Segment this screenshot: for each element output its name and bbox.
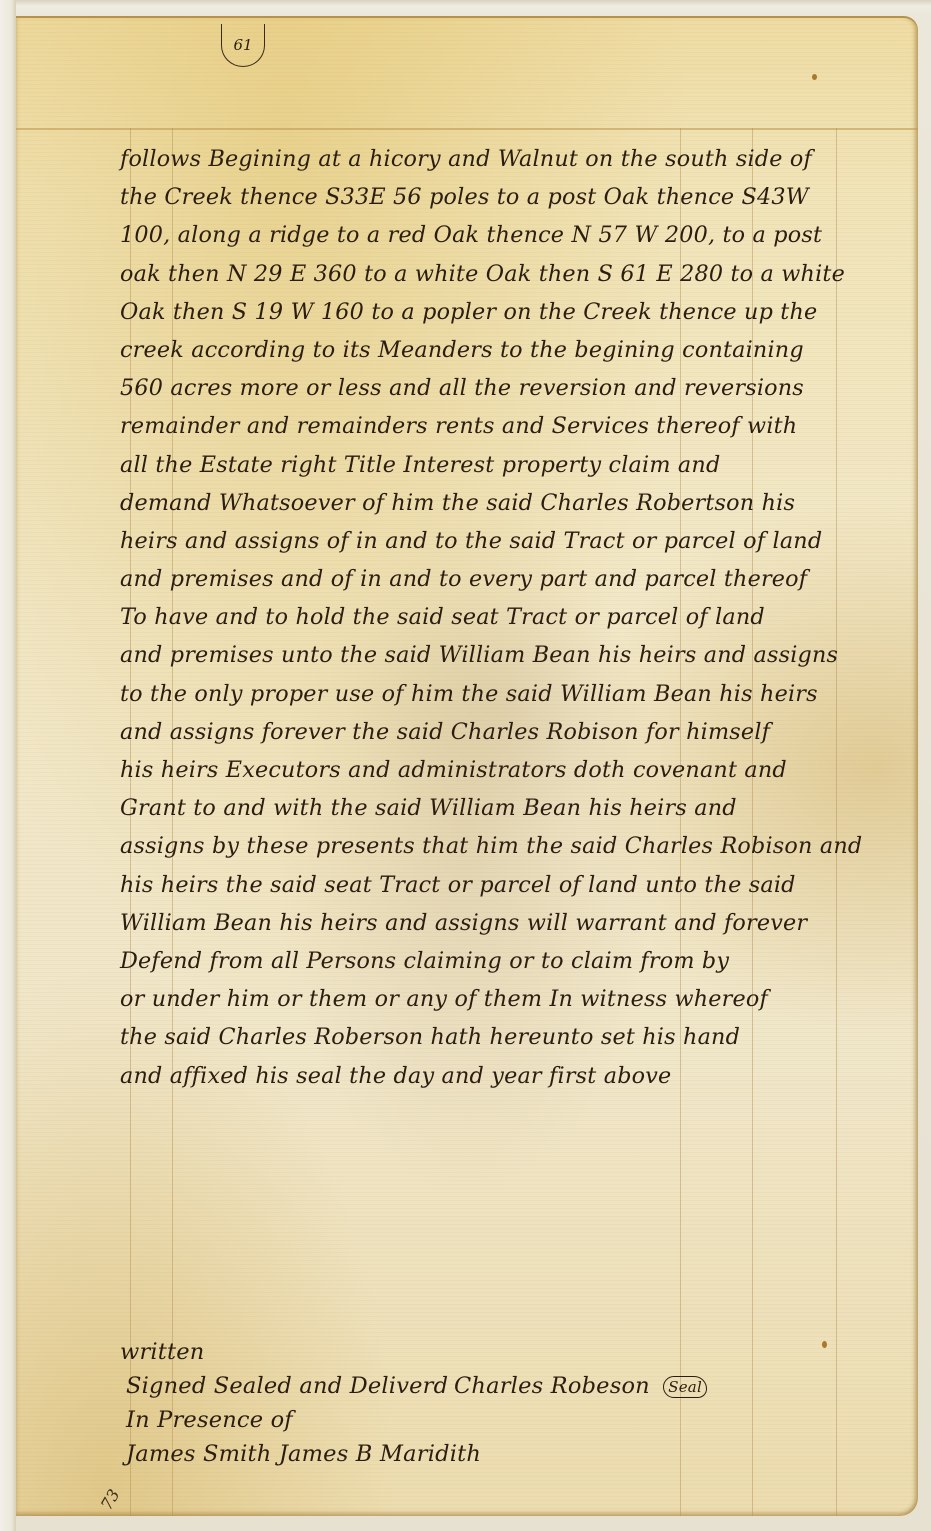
header-rule bbox=[16, 128, 918, 130]
deed-line: To have and to hold the said seat Tract … bbox=[120, 598, 902, 636]
deed-line: 100, along a ridge to a red Oak thence N… bbox=[120, 216, 902, 254]
page-number: 61 bbox=[221, 24, 265, 67]
deed-line: and premises and of in and to every part… bbox=[120, 560, 902, 598]
deed-line: Defend from all Persons claiming or to c… bbox=[120, 942, 902, 980]
grantor-name: Charles Robeson bbox=[454, 1373, 650, 1399]
deed-closing: written Signed Sealed and Deliverd Charl… bbox=[120, 1335, 910, 1471]
grantor-signature: Charles Robeson Seal bbox=[442, 1369, 707, 1403]
deed-line: his heirs the said seat Tract or parcel … bbox=[120, 866, 902, 904]
signature-row: Signed Sealed and Deliverd Charles Robes… bbox=[120, 1369, 910, 1403]
seal-icon: Seal bbox=[663, 1376, 707, 1398]
deed-line: assigns by these presents that him the s… bbox=[120, 827, 902, 865]
deed-line: follows Begining at a hicory and Walnut … bbox=[120, 140, 902, 178]
deed-line: to the only proper use of him the said W… bbox=[120, 675, 902, 713]
deed-line: remainder and remainders rents and Servi… bbox=[120, 407, 902, 445]
presence-clause: In Presence of bbox=[120, 1403, 910, 1437]
deed-line: Grant to and with the said William Bean … bbox=[120, 789, 902, 827]
deed-line: or under him or them or any of them In w… bbox=[120, 980, 902, 1018]
deed-line: and premises unto the said William Bean … bbox=[120, 636, 902, 674]
deed-line: his heirs Executors and administrators d… bbox=[120, 751, 902, 789]
deed-body: follows Begining at a hicory and Walnut … bbox=[120, 140, 910, 1095]
binding-edge bbox=[0, 0, 16, 1531]
witness-names: James Smith James B Maridith bbox=[120, 1437, 910, 1471]
deed-line: heirs and assigns of in and to the said … bbox=[120, 522, 902, 560]
deed-line: 560 acres more or less and all the rever… bbox=[120, 369, 902, 407]
deed-line: oak then N 29 E 360 to a white Oak then … bbox=[120, 255, 902, 293]
deed-line: creek according to its Meanders to the b… bbox=[120, 331, 902, 369]
deed-line: Oak then S 19 W 160 to a popler on the C… bbox=[120, 293, 902, 331]
deed-line: all the Estate right Title Interest prop… bbox=[120, 446, 902, 484]
deed-line: and affixed his seal the day and year fi… bbox=[120, 1057, 902, 1095]
written-word: written bbox=[120, 1335, 910, 1369]
attestation-clause: Signed Sealed and Deliverd bbox=[126, 1369, 442, 1403]
deed-line: the Creek thence S33E 56 poles to a post… bbox=[120, 178, 902, 216]
deed-line: and assigns forever the said Charles Rob… bbox=[120, 713, 902, 751]
deed-line: the said Charles Roberson hath hereunto … bbox=[120, 1018, 902, 1056]
deed-line: demand Whatsoever of him the said Charle… bbox=[120, 484, 902, 522]
deed-line: William Bean his heirs and assigns will … bbox=[120, 904, 902, 942]
ink-spot bbox=[812, 74, 817, 80]
